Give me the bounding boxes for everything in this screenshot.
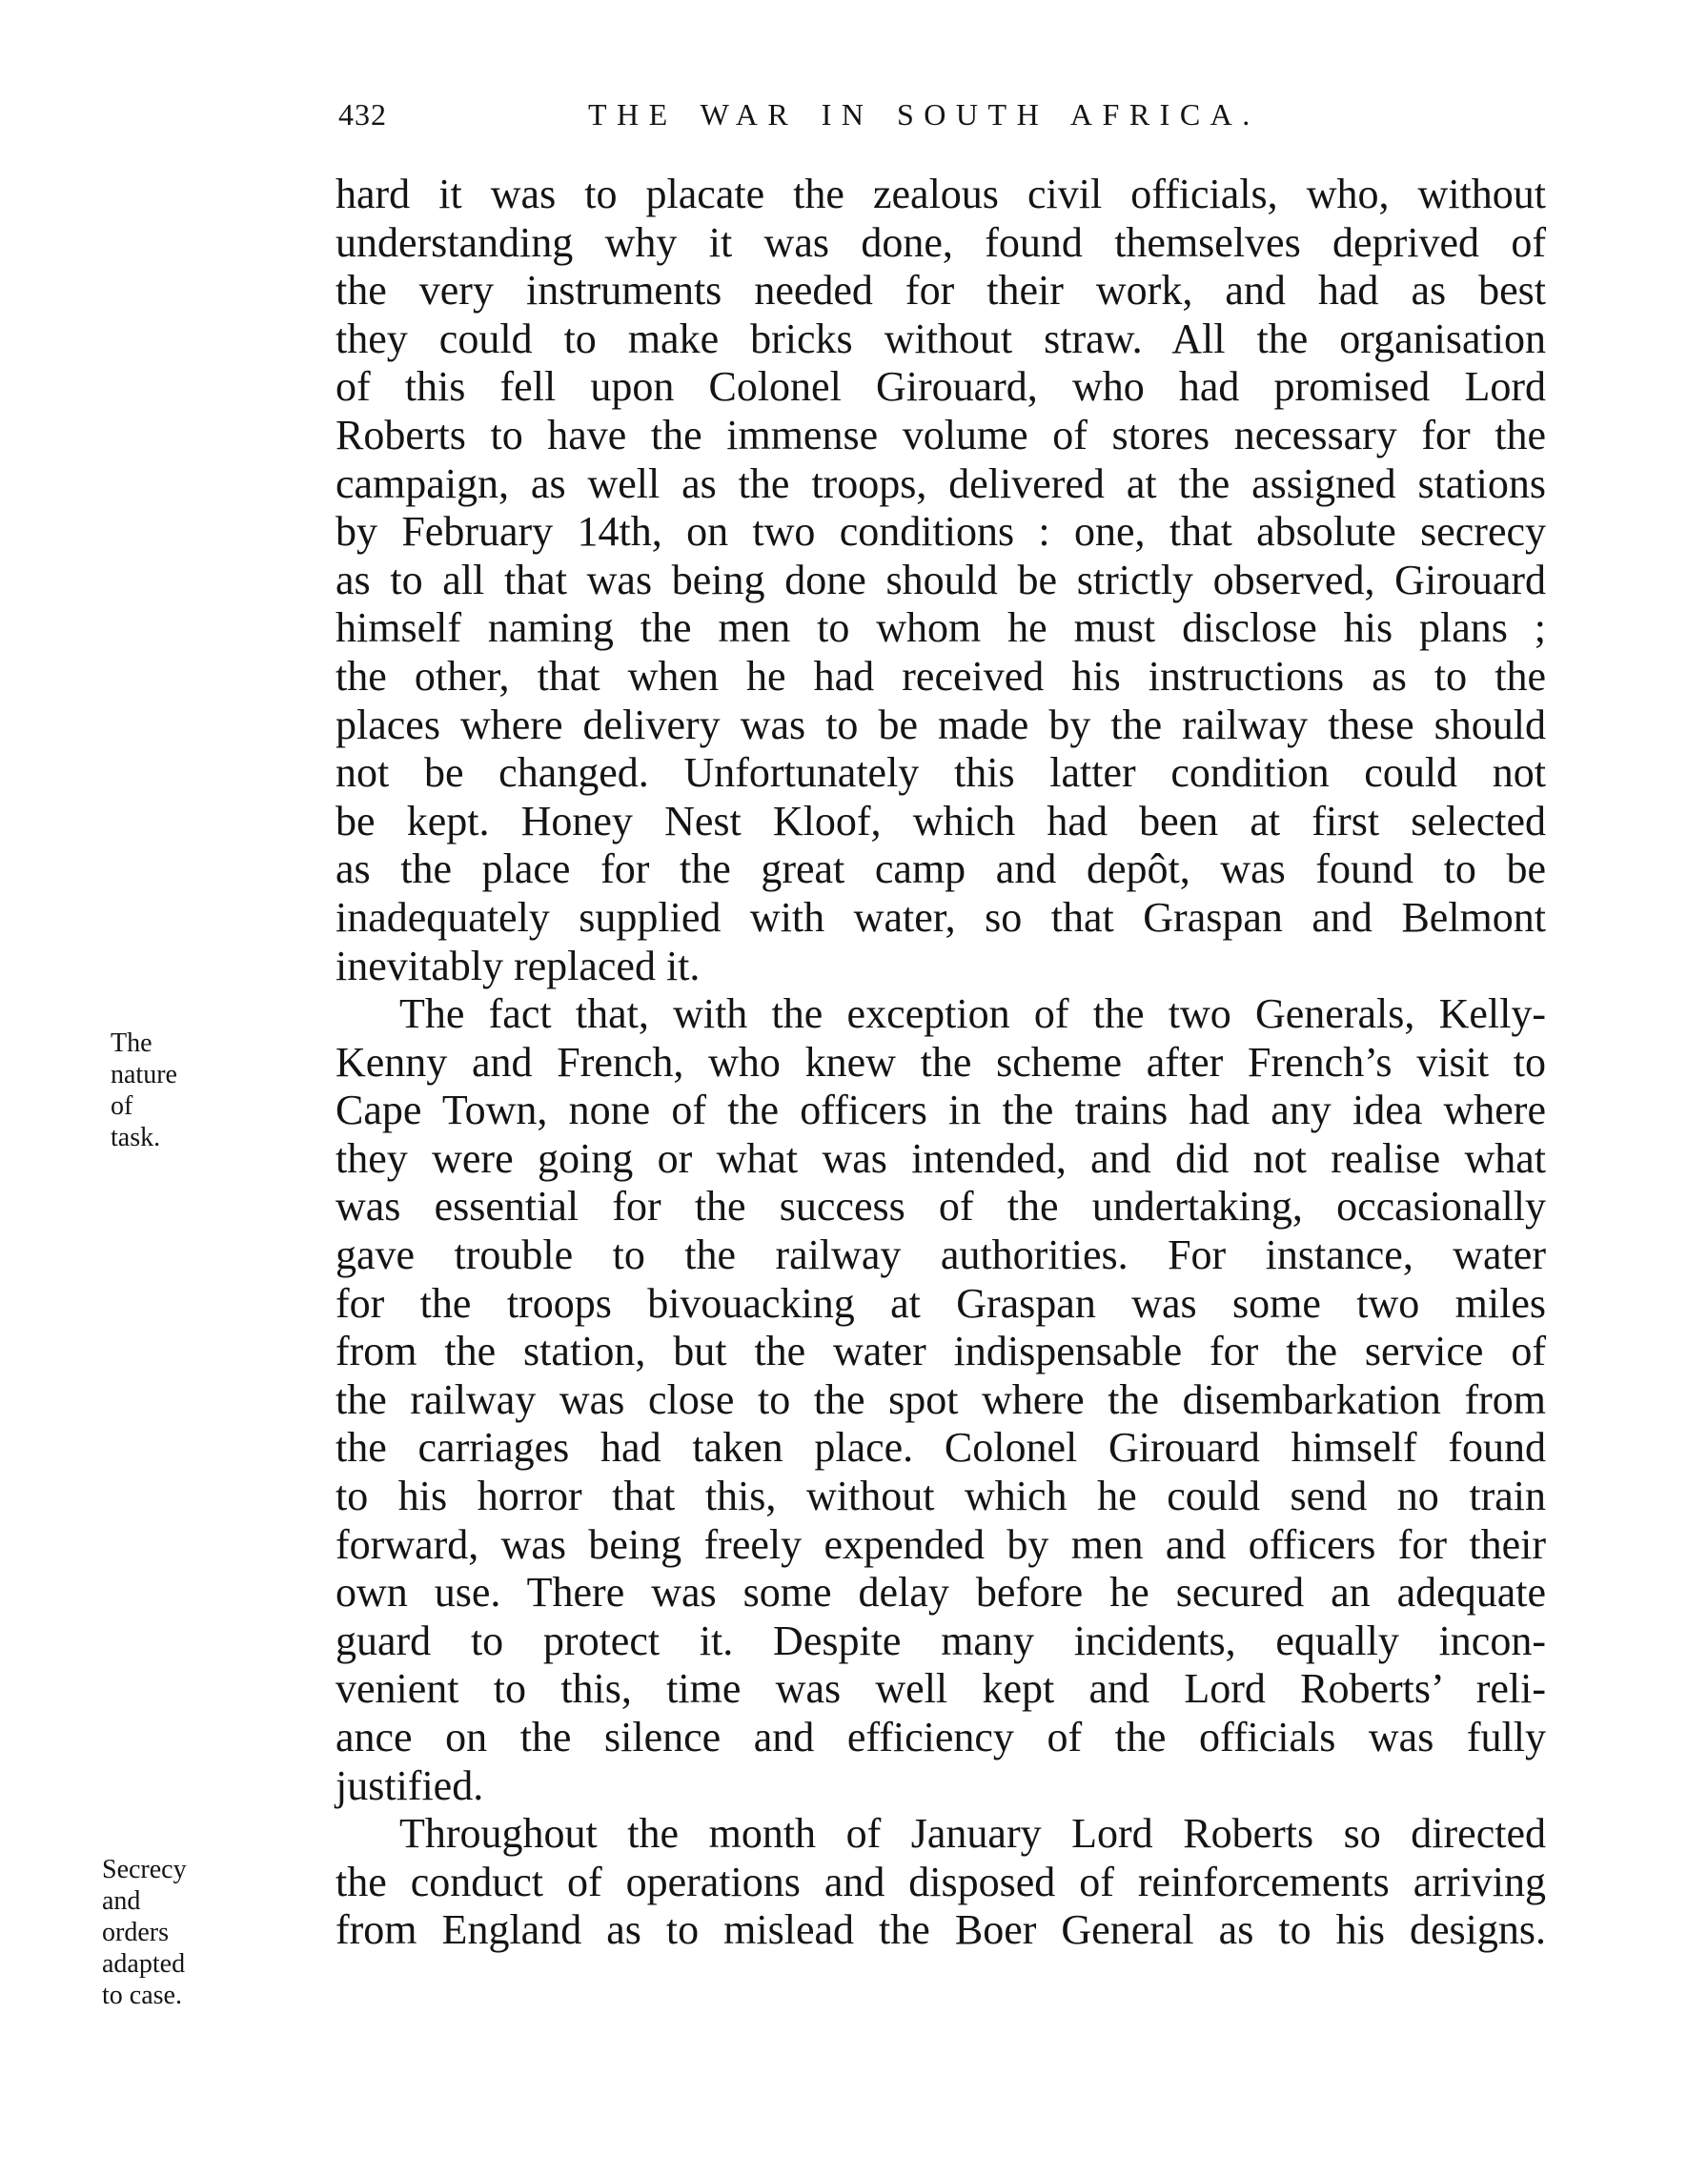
text-line: inadequately supplied with water, so tha… xyxy=(335,894,1546,943)
text-line: be kept. Honey Nest Kloof, which had bee… xyxy=(335,798,1546,846)
text-line: for the troops bivouacking at Graspan wa… xyxy=(335,1280,1546,1329)
paragraph-2: The fact that, with the exception of the… xyxy=(335,990,1546,1810)
text-line: they were going or what was intended, an… xyxy=(335,1135,1546,1184)
text-line: understanding why it was done, found the… xyxy=(335,219,1546,268)
text-line: ance on the silence and efficiency of th… xyxy=(335,1714,1546,1762)
text-line: the conduct of operations and disposed o… xyxy=(335,1859,1546,1907)
text-line: guard to protect it. Despite many incide… xyxy=(335,1617,1546,1666)
text-line: the other, that when he had received his… xyxy=(335,653,1546,702)
text-line: as to all that was being done should be … xyxy=(335,557,1546,605)
text-line: Cape Town, none of the officers in the t… xyxy=(335,1087,1546,1135)
text-line: they could to make bricks without straw.… xyxy=(335,315,1546,364)
margin-note-nature-of-task: The nature of task. xyxy=(111,1027,177,1153)
text-line: Throughout the month of January Lord Rob… xyxy=(335,1810,1546,1859)
text-line: not be changed. Unfortunately this latte… xyxy=(335,749,1546,798)
text-line: from England as to mislead the Boer Gene… xyxy=(335,1906,1546,1955)
margin-note-line: task. xyxy=(111,1122,177,1153)
text-line: Kenny and French, who knew the scheme af… xyxy=(335,1039,1546,1088)
text-line: hard it was to placate the zealous civil… xyxy=(335,171,1546,219)
text-line: Roberts to have the immense volume of st… xyxy=(335,412,1546,460)
text-line: gave trouble to the railway authorities.… xyxy=(335,1231,1546,1280)
text-line: the railway was close to the spot where … xyxy=(335,1376,1546,1425)
margin-note-line: of xyxy=(111,1090,177,1122)
text-line: by February 14th, on two conditions : on… xyxy=(335,508,1546,557)
text-line: places where delivery was to be made by … xyxy=(335,702,1546,750)
text-line: to his horror that this, without which h… xyxy=(335,1473,1546,1521)
margin-note-line: nature xyxy=(111,1059,177,1090)
margin-note-line: Secrecy xyxy=(102,1854,187,1885)
margin-note-secrecy-and-orders: Secrecy and orders adapted to case. xyxy=(102,1854,187,2011)
paragraph-3: Throughout the month of January Lord Rob… xyxy=(335,1810,1546,1955)
text-line: of this fell upon Colonel Girouard, who … xyxy=(335,363,1546,412)
text-line: the very instruments needed for their wo… xyxy=(335,267,1546,315)
margin-note-line: to case. xyxy=(102,1980,187,2011)
body-text: hard it was to placate the zealous civil… xyxy=(335,171,1546,1955)
text-line: himself naming the men to whom he must d… xyxy=(335,604,1546,653)
text-line: campaign, as well as the troops, deliver… xyxy=(335,460,1546,509)
text-line: as the place for the great camp and depô… xyxy=(335,845,1546,894)
text-line: own use. There was some delay before he … xyxy=(335,1569,1546,1617)
running-title: THE WAR IN SOUTH AFRICA. xyxy=(588,99,1260,130)
text-line: the carriages had taken place. Colonel G… xyxy=(335,1424,1546,1473)
text-line: inevitably replaced it. xyxy=(335,943,1546,991)
text-line: The fact that, with the exception of the… xyxy=(335,990,1546,1039)
margin-note-line: The xyxy=(111,1027,177,1059)
text-line: from the station, but the water indispen… xyxy=(335,1328,1546,1376)
text-line: justified. xyxy=(335,1762,1546,1811)
margin-note-line: orders xyxy=(102,1917,187,1948)
margin-note-line: adapted xyxy=(102,1948,187,1980)
margin-note-line: and xyxy=(102,1885,187,1917)
text-line: forward, was being freely expended by me… xyxy=(335,1521,1546,1570)
paragraph-1: hard it was to placate the zealous civil… xyxy=(335,171,1546,990)
text-line: venient to this, time was well kept and … xyxy=(335,1665,1546,1714)
page-number: 432 xyxy=(338,99,387,130)
text-line: was essential for the success of the und… xyxy=(335,1183,1546,1231)
